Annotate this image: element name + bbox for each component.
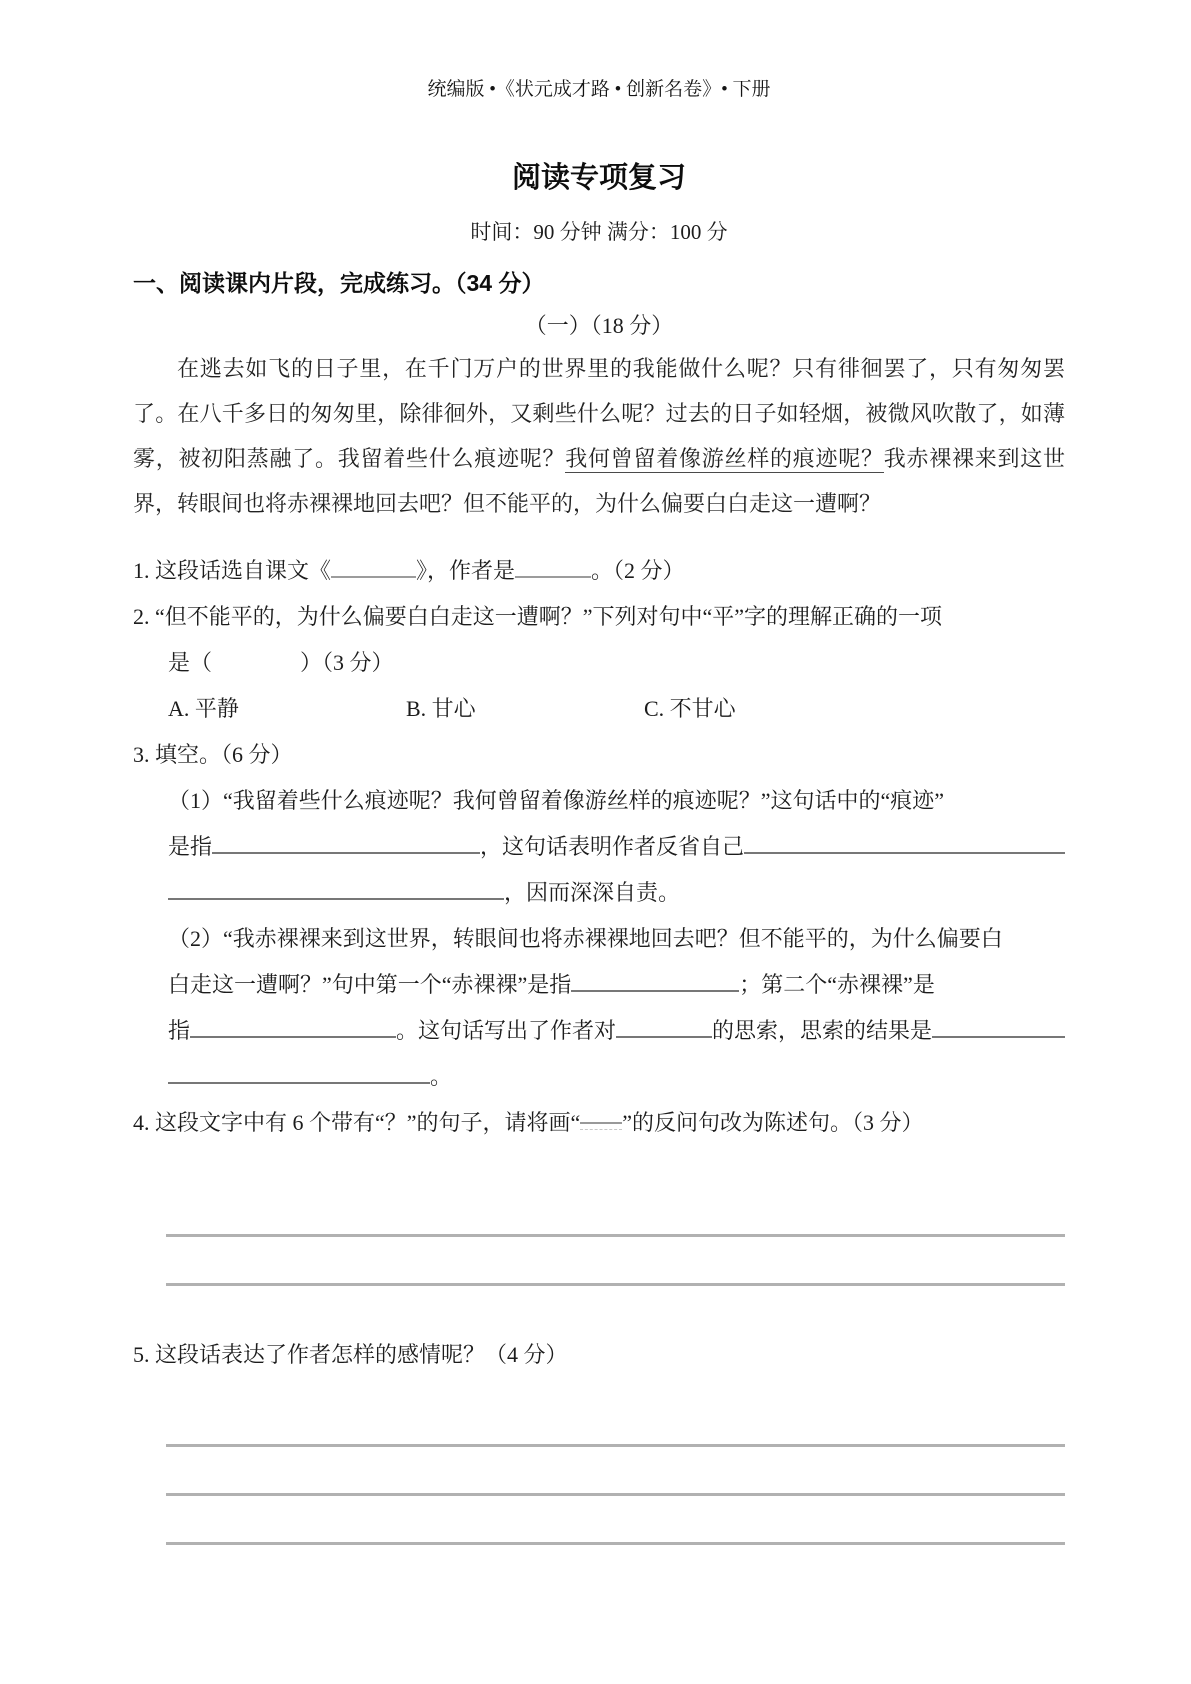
worksheet-page: 统编版 •《状元成才路 • 创新名卷》• 下册 阅读专项复习 时间：90 分钟 … xyxy=(0,0,1191,1684)
q4-text-2: ”的反问句改为陈述句。（3 分） xyxy=(622,1110,923,1135)
q3-sub1-line3: ，因而深深自责。 xyxy=(133,870,1065,916)
q4-answer-line-2 xyxy=(166,1237,1065,1286)
part1-label: （一）（18 分） xyxy=(133,312,1065,340)
question-2-options: A. 平静 B. 甘心 C. 不甘心 xyxy=(133,686,1065,732)
q3-sub1-blank-1 xyxy=(212,830,480,854)
q5-answer-lines xyxy=(166,1380,1065,1545)
q3-sub2-blank-3 xyxy=(616,1014,712,1038)
q3-sub2-line3-text3: 的思索，思索的结果是 xyxy=(712,1008,932,1054)
q1-text-1: 1. 这段话选自课文《 xyxy=(133,558,331,583)
q3-sub2-blank-2 xyxy=(190,1014,396,1038)
time-score-meta: 时间：90 分钟 满分：100 分 xyxy=(133,218,1065,246)
q3-sub2-line3-text2: 。这句话写出了作者对 xyxy=(396,1008,616,1054)
q4-text-1: 4. 这段文字中有 6 个带有“？”的句子，请将画“ xyxy=(133,1110,580,1135)
q3-sub2-line3-text1: 指 xyxy=(168,1008,190,1054)
q3-sub2-line3: 指。这句话写出了作者对的思索，思索的结果是 xyxy=(133,1008,1065,1054)
question-3-heading: 3. 填空。（6 分） xyxy=(133,732,1065,778)
reading-passage: 在逃去如飞的日子里，在千门万户的世界里的我能做什么呢？只有徘徊罢了，只有匆匆罢了… xyxy=(133,346,1065,526)
questions-block: 1. 这段话选自课文《》，作者是。（2 分） 2. “但不能平的，为什么偏要白白… xyxy=(133,548,1065,1545)
q3-sub1-line2-text1: 是指 xyxy=(168,824,212,870)
q3-sub1-blank-2 xyxy=(744,830,1065,854)
q5-answer-line-1 xyxy=(166,1380,1065,1447)
section1-heading: 一、阅读课内片段，完成练习。（34 分） xyxy=(133,268,1065,298)
q4-answer-line-1 xyxy=(166,1170,1065,1237)
q3-sub2-blank-5 xyxy=(168,1060,430,1084)
q3-sub1-blank-3 xyxy=(168,876,504,900)
question-2-line2: 是（ ）（3 分） xyxy=(133,640,1065,686)
option-a: A. 平静 xyxy=(168,686,406,732)
q3-sub1-line3-text: ，因而深深自责。 xyxy=(504,880,680,905)
q4-underline-mark xyxy=(580,1116,622,1130)
question-4: 4. 这段文字中有 6 个带有“？”的句子，请将画“”的反问句改为陈述句。（3 … xyxy=(133,1100,1065,1146)
q3-sub1-line1: （1）“我留着些什么痕迹呢？我何曾留着像游丝样的痕迹呢？”这句话中的“痕迹” xyxy=(133,778,1065,824)
q5-answer-line-2 xyxy=(166,1447,1065,1496)
question-5: 5. 这段话表达了作者怎样的感情呢？（4 分） xyxy=(133,1332,1065,1378)
q4-answer-lines xyxy=(166,1170,1065,1286)
q3-sub2-line2-text1: 白走这一遭啊？”句中第一个“赤裸裸”是指 xyxy=(168,972,571,997)
option-b: B. 甘心 xyxy=(406,686,644,732)
q3-sub2-line2: 白走这一遭啊？”句中第一个“赤裸裸”是指；第二个“赤裸裸”是 xyxy=(133,962,1065,1008)
q3-sub1-line2: 是指，这句话表明作者反省自己 xyxy=(133,824,1065,870)
q3-sub2-blank-1 xyxy=(571,968,739,992)
question-1: 1. 这段话选自课文《》，作者是。（2 分） xyxy=(133,548,1065,594)
underlined-rhetorical-question: 我何曾留着像游丝样的痕迹呢？ xyxy=(565,446,884,473)
q3-sub2-line4: 。 xyxy=(133,1054,1065,1100)
q1-text-2: 》，作者是 xyxy=(416,558,515,583)
option-c: C. 不甘心 xyxy=(644,686,736,732)
q3-sub2-line2-text2: ；第二个“赤裸裸”是 xyxy=(739,972,935,997)
q1-text-3: 。（2 分） xyxy=(591,558,685,583)
edition-header: 统编版 •《状元成才路 • 创新名卷》• 下册 xyxy=(133,78,1065,102)
q1-blank-course-title xyxy=(331,554,416,578)
q3-sub2-line1: （2）“我赤裸裸来到这世界，转眼间也将赤裸裸地回去吧？但不能平的，为什么偏要白 xyxy=(133,916,1065,962)
q5-answer-line-3 xyxy=(166,1496,1065,1545)
q3-sub2-blank-4 xyxy=(932,1014,1065,1038)
q1-blank-author xyxy=(515,554,591,578)
question-2-line1: 2. “但不能平的，为什么偏要白白走这一遭啊？”下列对句中“平”字的理解正确的一… xyxy=(133,594,1065,640)
q3-sub2-line4-text: 。 xyxy=(430,1064,452,1089)
q3-sub1-line2-text2: ，这句话表明作者反省自己 xyxy=(480,824,744,870)
page-title: 阅读专项复习 xyxy=(133,160,1065,196)
